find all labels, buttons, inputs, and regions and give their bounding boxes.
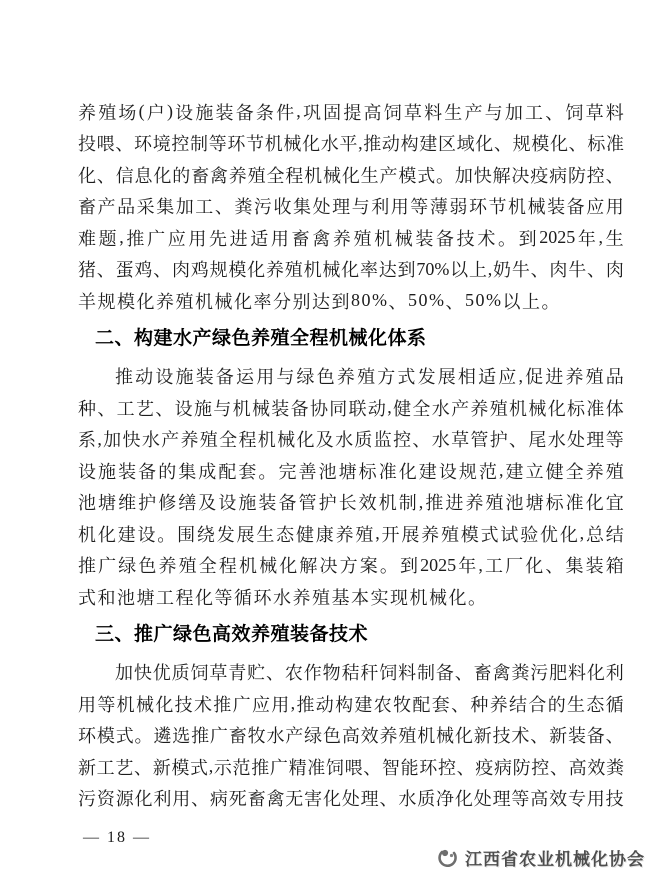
text-line: 羊规模化养殖机械化率分别达到80%、50%、50%以上。 <box>78 285 624 317</box>
text-line: 机化建设。围绕发展生态健康养殖,开展养殖模式试验优化,总结 <box>78 518 624 550</box>
text-line: 养殖场(户)设施装备条件,巩固提高饲草料生产与加工、饲草料 <box>78 96 624 128</box>
watermark-org-name: 江西省农业机械化协会 <box>465 845 645 870</box>
text-line: 用等机械化技术推广应用,推动构建农牧配套、种养结合的生态循 <box>78 688 624 720</box>
text-line: 设施装备的集成配套。完善池塘标准化建设规范,建立健全养殖 <box>78 455 624 487</box>
watermark: 江西省农业机械化协会 <box>436 845 645 870</box>
section-heading: 三、推广绿色高效养殖装备技术 <box>95 619 624 651</box>
text-line: 种、工艺、设施与机械装备协同联动,健全水产养殖机械化标准体 <box>78 392 624 424</box>
section-heading: 二、构建水产绿色养殖全程机械化体系 <box>95 323 624 355</box>
text-line: 系,加快水产养殖全程机械化及水质监控、水草管护、尾水处理等 <box>78 424 624 456</box>
text-line: 投喂、环境控制等环节机械化水平,推动构建区域化、规模化、标准 <box>78 128 624 160</box>
association-logo-icon <box>436 846 460 870</box>
text-line: 池塘维护修缮及设施装备管护长效机制,推进养殖池塘标准化宜 <box>78 487 624 519</box>
document-body: 养殖场(户)设施装备条件,巩固提高饲草料生产与加工、饲草料投喂、环境控制等环节机… <box>78 96 624 814</box>
text-line: 化、信息化的畜禽养殖全程机械化生产模式。加快解决疫病防控、 <box>78 159 624 191</box>
text-line: 加快优质饲草青贮、农作物秸秆饲料制备、畜禽粪污肥料化利 <box>78 657 624 689</box>
page-number: — 18 — <box>83 829 151 847</box>
text-line: 推广绿色养殖全程机械化解决方案。到2025年,工厂化、集装箱 <box>78 550 624 582</box>
text-line: 式和池塘工程化等循环水养殖基本实现机械化。 <box>78 581 624 613</box>
text-line: 猪、蛋鸡、肉鸡规模化养殖机械化率达到70%以上,奶牛、肉牛、肉 <box>78 254 624 286</box>
text-line: 污资源化利用、病死畜禽无害化处理、水质净化处理等高效专用技 <box>78 783 624 815</box>
text-line: 推动设施装备运用与绿色养殖方式发展相适应,促进养殖品 <box>78 361 624 393</box>
text-line: 新工艺、新模式,示范推广精准饲喂、智能环控、疫病防控、高效粪 <box>78 751 624 783</box>
document-page: 养殖场(户)设施装备条件,巩固提高饲草料生产与加工、饲草料投喂、环境控制等环节机… <box>0 0 650 884</box>
text-line: 难题,推广应用先进适用畜禽养殖机械装备技术。到2025年,生 <box>78 222 624 254</box>
text-line: 环模式。遴选推广畜牧水产绿色高效养殖机械化新技术、新装备、 <box>78 720 624 752</box>
text-line: 畜产品采集加工、粪污收集处理与利用等薄弱环节机械装备应用 <box>78 191 624 223</box>
